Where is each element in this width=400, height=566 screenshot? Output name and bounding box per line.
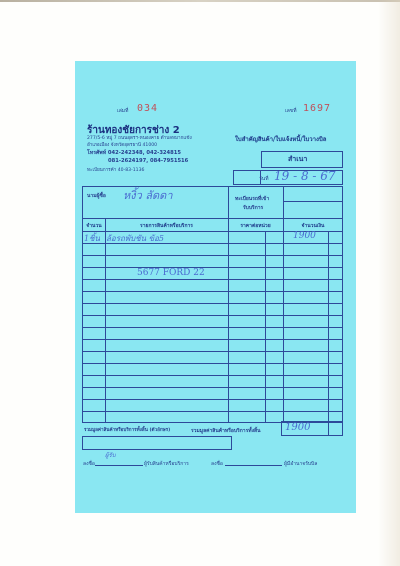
row-line xyxy=(82,291,343,292)
row-1-qty: 1ชิ้น xyxy=(84,232,100,245)
row-line xyxy=(82,387,343,388)
col-header-qty: จำนวน xyxy=(83,222,105,230)
row-1-amount: 1900 xyxy=(293,231,316,241)
row-line xyxy=(82,255,343,256)
row-line xyxy=(82,303,343,304)
customer-value: หงิ้ว ลัดดา xyxy=(123,186,173,204)
row-line xyxy=(82,411,343,412)
signature-label-2: ลงชื่อ xyxy=(211,460,223,468)
row-line xyxy=(82,279,343,280)
col-line-qty xyxy=(105,218,106,423)
issuer-signature-line xyxy=(225,465,282,466)
copy-label: สำเนา xyxy=(288,154,307,165)
receiver-label: ผู้รับสินค้าหรือบริการ xyxy=(144,460,189,468)
col-header-item: รายการสินค้าหรือบริการ xyxy=(105,222,228,230)
total-words-label: รวมมูลค่าสินค้าหรือบริการทั้งสิ้น (ตัวอั… xyxy=(84,427,170,434)
col-header-amount: จำนวนเงิน xyxy=(283,222,343,230)
scan-edge-right xyxy=(378,0,400,566)
book-number: 034 xyxy=(137,103,158,114)
col-line-unit xyxy=(283,218,284,423)
document-type: ใบสำคัญสินค้า/ใบแจ้งหนี้/ใบวางบิล xyxy=(235,134,326,144)
receipt-paper: เล่มที่ 034 เลขที่ 1697 ร้านทองชัยการช่า… xyxy=(75,61,356,513)
row-line xyxy=(82,315,343,316)
shop-phone-1: โทรศัพท์ 042-242348, 042-324815 xyxy=(87,150,181,158)
row-line xyxy=(82,375,343,376)
customer-label: นามผู้ซื้อ xyxy=(87,192,106,200)
date-box: วันที่ 19 - 8 - 67 xyxy=(233,170,343,185)
copy-box: สำเนา xyxy=(261,151,343,168)
receiver-signature-line xyxy=(95,465,143,466)
vehicle-col-divider-1 xyxy=(228,186,229,218)
row-line xyxy=(82,267,343,268)
total-words-box xyxy=(82,436,232,450)
vehicle-reg-label-1: ทะเบียนรถที่เข้า xyxy=(235,195,269,203)
row-line xyxy=(82,399,343,400)
scanned-page: เล่มที่ 034 เลขที่ 1697 ร้านทองชัยการช่า… xyxy=(0,0,400,566)
scan-edge-top xyxy=(0,0,400,2)
row-line xyxy=(82,351,343,352)
shop-phone-2: 081-2624197, 084-7951516 xyxy=(108,158,188,166)
issuer-label: ผู้มีอำนาจรับบิล xyxy=(284,460,317,468)
vehicle-col-divider-2 xyxy=(283,186,284,218)
row-line xyxy=(82,339,343,340)
col-line-item xyxy=(228,218,229,423)
number-label: เลขที่ xyxy=(285,107,297,115)
date-divider xyxy=(260,170,261,185)
col-header-unit-price: ราคาต่อหน่วย xyxy=(228,222,283,230)
vehicle-reg-split xyxy=(283,201,343,202)
date-value: 19 - 8 - 67 xyxy=(274,169,336,183)
receiver-signature: ผู้รับ xyxy=(105,450,116,460)
customer-row-bottom xyxy=(82,218,343,219)
row-line xyxy=(82,327,343,328)
total-satang-divider xyxy=(328,421,329,436)
shop-address-2: อำเภอเมือง จังหวัดอุดรธานี 41000 xyxy=(87,142,157,150)
total-label: รวมมูลค่าสินค้าหรือบริการทั้งสิ้น xyxy=(191,427,261,435)
total-value: 1900 xyxy=(285,422,310,433)
shop-tax-id: ทะเบียนการค้า 40-83-1136 xyxy=(87,167,144,175)
vehicle-reg-label-2: รับบริการ xyxy=(243,204,263,212)
row-1-item: ล้อรถพับชัน ข้อ5 xyxy=(106,232,164,245)
signature-label-1: ลงชื่อ xyxy=(83,460,95,468)
row-4-item: 5677 FORD 22 xyxy=(137,268,205,278)
book-label: เล่มที่ xyxy=(117,107,128,115)
row-line xyxy=(82,363,343,364)
total-box: 1900 xyxy=(281,421,343,436)
receipt-number: 1697 xyxy=(303,103,331,114)
